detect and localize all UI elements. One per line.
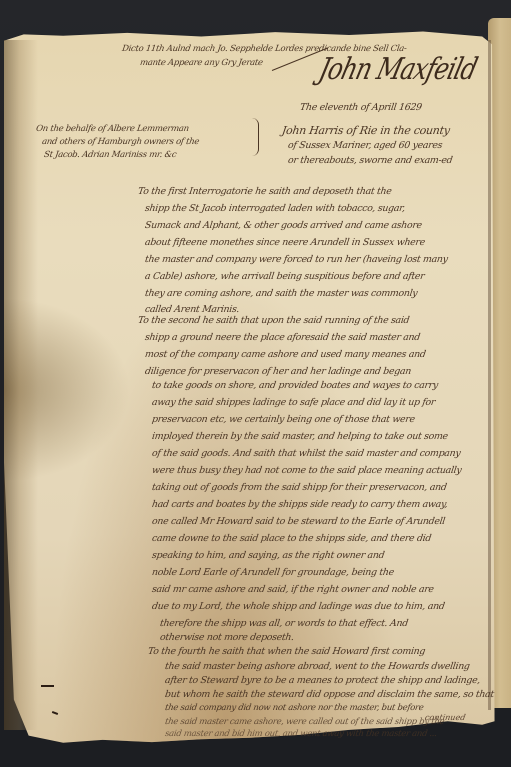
marginal-note-line-2: and others of Hamburgh owners of the [41,137,199,147]
body-line: were thus busy they had not come to the … [151,465,462,476]
body-line: came downe to the said place to the ship… [151,533,432,544]
deponent-line-1: John Harris of Rie in the county [281,124,450,137]
deponent-line-2: of Sussex Mariner, aged 60 yeares [287,140,443,151]
body-line: taking out of goods from the said shipp … [151,482,447,493]
body-line: away the said shippes ladinge to safe pl… [151,397,436,408]
deponent-line-3: or thereabouts, sworne and exam-ed [287,155,453,166]
body-line: but whom he saith the steward did oppose… [164,689,494,700]
body-line: about fifteene monethes since neere Arun… [144,237,425,248]
body-line: had carts and boates by the shipps side … [151,499,448,510]
body-line: the said master being ashore abroad, wen… [164,661,470,672]
marginal-note-line-3: St Jacob. Adrian Mariniss mr. &c [43,150,177,160]
signature: John Maxfeild [316,52,481,87]
body-line: preservacon etc, we certainly being one … [151,414,415,425]
body-line: a Cable) ashore, whe arrivall being susp… [144,271,425,282]
body-line: shipp the St Jacob interrogated laden wi… [144,203,405,214]
binding-shadow [4,40,38,730]
body-line: said mr came ashore and said, if the rig… [151,584,434,595]
header-note-line-2: mante Appeare any Gry Jerate [139,58,263,68]
body-line: the master and company were forced to ru… [144,254,448,265]
body-line: shipp a ground neere the place aforesaid… [144,332,420,343]
body-line: noble Lord Earle of Arundell for grounda… [151,567,394,578]
body-line: speaking to him, and saying, as the righ… [151,550,385,561]
date-line: The eleventh of Aprill 1629 [299,102,422,113]
body-line: Sumack and Alphant, & other goods arrive… [144,220,422,231]
marginal-note-line-1: On the behalfe of Albere Lemmerman [35,124,189,134]
body-line: To the second he saith that upon the sai… [137,315,410,326]
body-line: imployed therein by the said master, and… [151,431,448,442]
body-line: To the fourth he saith that when the sai… [147,646,426,657]
body-line: to take goods on shore, and provided boa… [151,380,438,391]
body-line: of the said goods. And saith that whilst… [151,448,461,459]
body-line: the said master came ashore, were called… [164,717,445,727]
body-line: said master and bid him out, and went aw… [164,729,437,739]
body-line: the said company did now not ashore nor … [164,703,424,713]
page-edge-line [488,40,491,710]
marginal-bracket [252,118,259,156]
body-line: called Arent Marinis. [144,304,240,315]
body-line: otherwise not more deposeth. [159,632,294,643]
body-line: diligence for preservacon of her and her… [144,366,411,377]
margin-dash-mark [41,685,54,687]
body-line: most of the company came ashore and used… [144,349,426,360]
body-line: To the first Interrogatorie he saith and… [137,186,392,197]
body-line: after to Steward byre to be a meanes to … [164,675,481,686]
body-line: due to my Lord, the whole shipp and ladi… [151,601,445,612]
body-line: they are coming ashore, and saith the ma… [144,288,418,299]
body-line: therefore the shipp was all, or words to… [159,618,408,629]
catchword: continued [424,713,466,722]
body-line: one called Mr Howard said to be steward … [151,516,446,527]
